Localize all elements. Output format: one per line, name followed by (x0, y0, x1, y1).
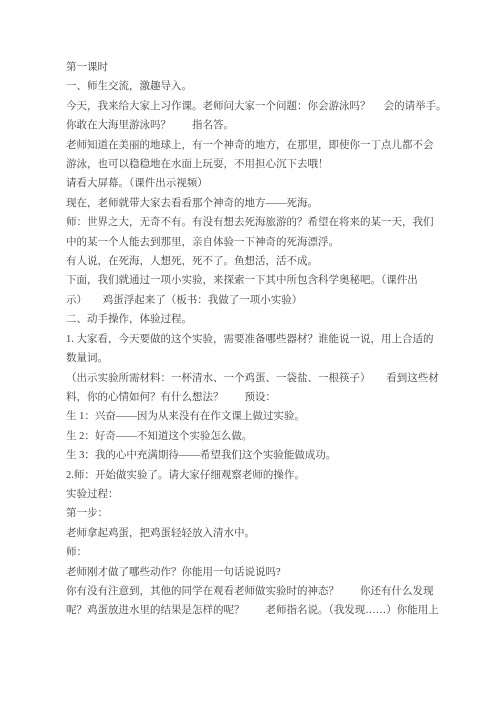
text-line: 你有没有注意到，其他的同学在观看老师做实验时的神态？ 你还有什么发现 (66, 582, 478, 601)
text-line: （出示实验所需材料：一杯清水、一个鸡蛋、一袋盐、一根筷子） 看到这些材 (66, 369, 478, 388)
text-line: 料，你的心情如何？有什么想法？ 预设： (66, 388, 478, 407)
text-line: 生 3：我的心中充满期待——希望我们这个实验能做成功。 (66, 446, 478, 465)
text-line: 请看大屏幕。（课件出示视频） (66, 174, 478, 193)
text-line: 游泳，也可以稳稳地在水面上玩耍，不用担心沉下去哦！ (66, 155, 478, 174)
text-line: 1. 大家看，今天要做的这个实验，需要准备哪些器材？谁能说一说，用上合适的 (66, 330, 478, 349)
text-line: 实验过程： (66, 485, 478, 504)
text-line: 2.师：开始做实验了。请大家仔细观察老师的操作。 (66, 466, 478, 485)
text-line: 二、动手操作，体验过程。 (66, 310, 478, 329)
text-line: 老师拿起鸡蛋，把鸡蛋轻轻放入清水中。 (66, 524, 478, 543)
text-line: 呢？鸡蛋放进水里的结果是怎样的呢？ 老师指名说。（我发现……）你能用上 (66, 601, 478, 620)
text-line: 生 1：兴奋——因为从来没有在作文课上做过实验。 (66, 407, 478, 426)
text-line: 现在，老师就带大家去看看那个神奇的地方——死海。 (66, 194, 478, 213)
text-line: 第一课时 (66, 58, 478, 77)
text-line: 老师知道在美丽的地球上，有一个神奇的地方，在那里，即使你一丁点儿都不会 (66, 136, 478, 155)
text-line: 有人说，在死海，人想死，死不了。鱼想活，活不成。 (66, 252, 478, 271)
text-line: 今天，我来给大家上习作课。老师问大家一个问题：你会游泳吗？ 会的请举手。 (66, 97, 478, 116)
text-line: 第一步： (66, 504, 478, 523)
text-line: 中的某一个人能去到那里，亲自体验一下神奇的死海漂浮。 (66, 233, 478, 252)
text-line: 师：世界之大，无奇不有。有没有想去死海旅游的？希望在将来的某一天，我们 (66, 213, 478, 232)
text-line: 下面，我们就通过一项小实验，来探索一下其中所包含科学奥秘吧。（课件出 (66, 271, 478, 290)
document-page: 第一课时一、师生交流，激趣导入。今天，我来给大家上习作课。老师问大家一个问题：你… (0, 0, 500, 707)
text-line: 数量词。 (66, 349, 478, 368)
text-line: 师： (66, 543, 478, 562)
text-line: 一、师生交流，激趣导入。 (66, 77, 478, 96)
text-line: 老师刚才做了哪些动作？你能用一句话说说吗? (66, 563, 478, 582)
lesson-plan-text: 第一课时一、师生交流，激趣导入。今天，我来给大家上习作课。老师问大家一个问题：你… (66, 58, 478, 621)
text-line: 生 2：好奇——不知道这个实验怎么做。 (66, 427, 478, 446)
text-line: 你敢在大海里游泳吗？ 指名答。 (66, 116, 478, 135)
text-line: 示） 鸡蛋浮起来了（板书：我做了一项小实验） (66, 291, 478, 310)
